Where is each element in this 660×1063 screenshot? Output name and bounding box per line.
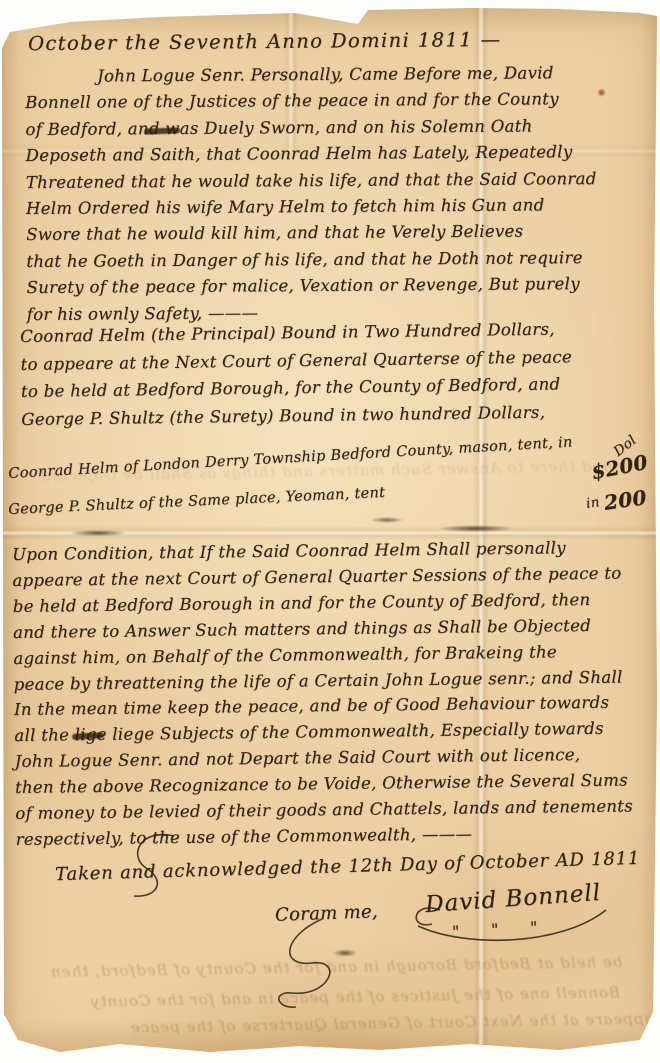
manuscript-line: of Bedford, and was Duely Sworn, and on … xyxy=(25,113,596,143)
manuscript-line: Deposeth and Saith, that Coonrad Helm ha… xyxy=(26,139,597,169)
manuscript-line: Swore that he would kill him, and that h… xyxy=(26,218,597,248)
bleed-through-line: to appeare at the Next Court of General … xyxy=(130,1009,660,1037)
manuscript-line: Bonnell one of the Justices of the peace… xyxy=(25,86,596,116)
bond-amount: 200 xyxy=(603,485,649,515)
document-page: and there to Answer Such matters and thi… xyxy=(0,0,660,1063)
stain-spot xyxy=(596,86,607,99)
manuscript-line: Threatened that he would take his life, … xyxy=(26,166,597,196)
ink-smudge xyxy=(62,529,134,537)
scan-background: and there to Answer Such matters and thi… xyxy=(0,0,660,1063)
ink-smudge xyxy=(366,516,408,524)
manuscript-line: Surety of the peace for malice, Vexation… xyxy=(26,271,597,301)
ink-strikethrough xyxy=(144,127,180,134)
recognizance-paragraph: Coonrad Helm (the Principal) Bound in Tw… xyxy=(20,315,573,433)
manuscript-line: that he Goeth in Danger of his life, and… xyxy=(26,245,597,275)
surety-line: George P. Shultz of the Same place, Yeom… xyxy=(8,485,386,518)
bond-amount: $200 xyxy=(589,450,649,484)
manuscript-line: Helm Ordered his wife Mary Helm to fetch… xyxy=(26,192,597,222)
ink-flourish xyxy=(252,915,382,1015)
deposition-paragraph: John Logue Senr. Personally, Came Before… xyxy=(25,60,598,328)
ink-smudge xyxy=(428,524,524,533)
bond-amount-prefix: in xyxy=(585,494,601,512)
date-heading: October the Seventh Anno Domini 1811 — xyxy=(28,28,502,55)
condition-paragraph: Upon Condition, that If the Said Coonrad… xyxy=(12,534,633,852)
manuscript-line: John Logue Senr. Personally, Came Before… xyxy=(97,60,596,90)
